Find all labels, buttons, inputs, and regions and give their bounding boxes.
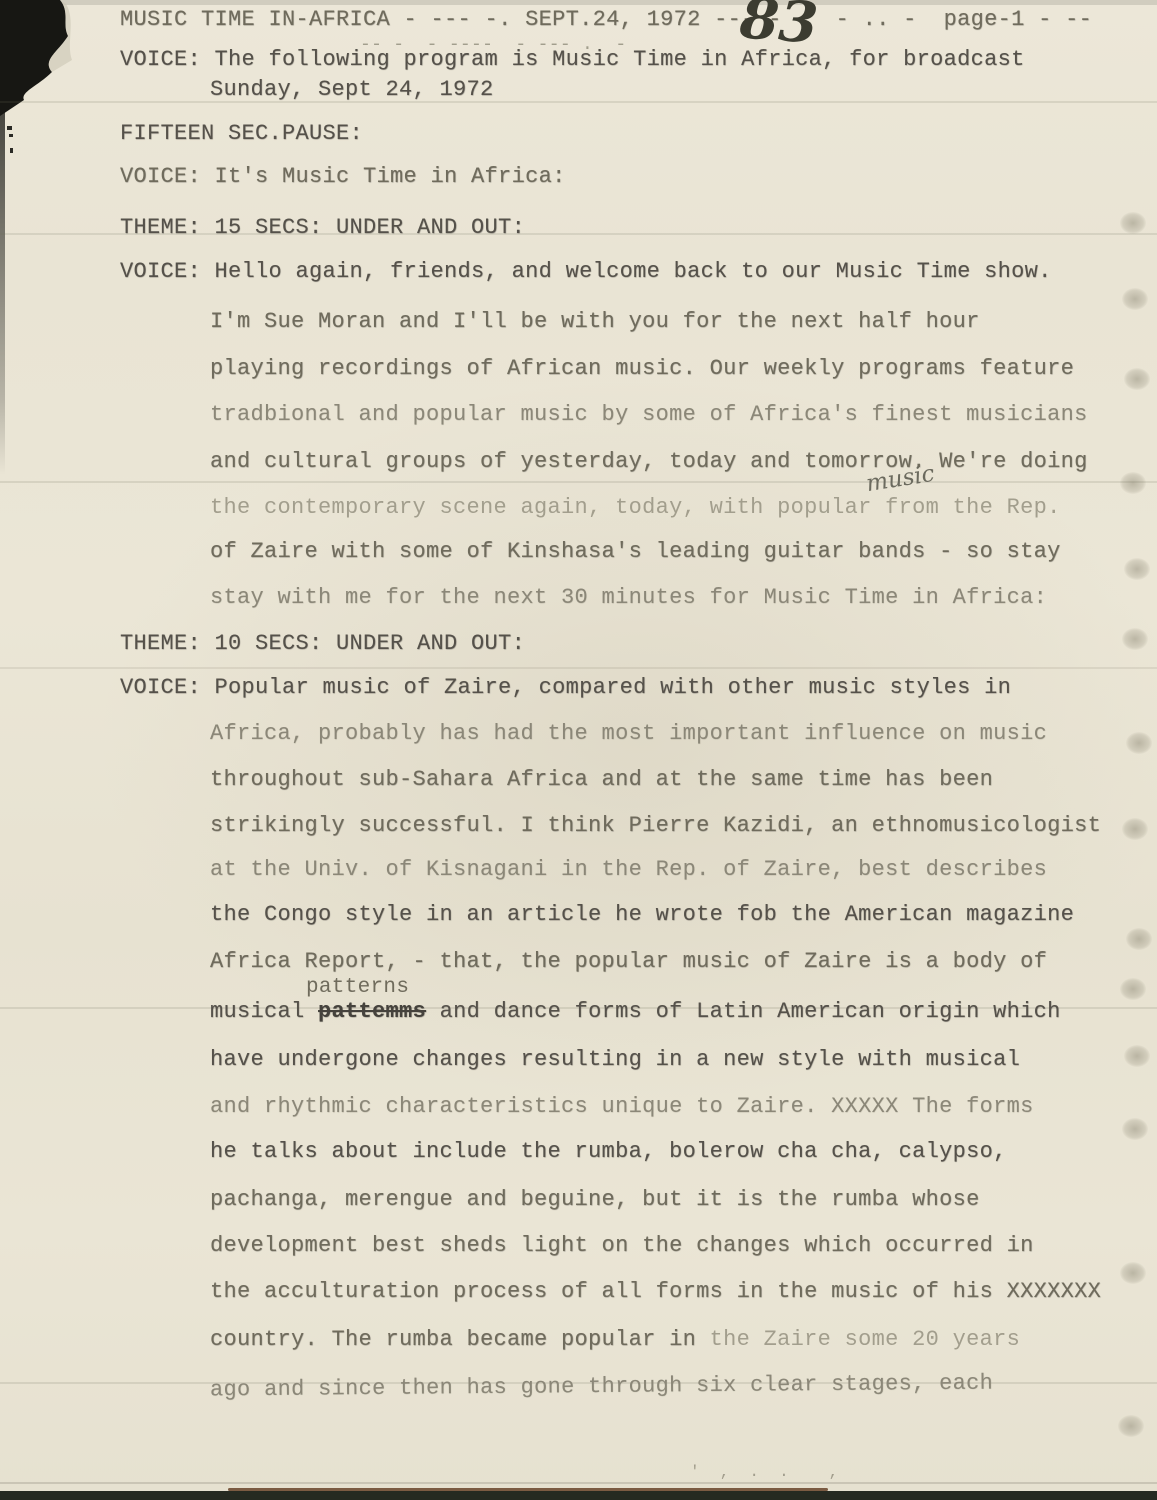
ink-smudge — [1126, 732, 1152, 754]
script-line: the acculturation process of all forms i… — [210, 1280, 1101, 1304]
script-line: of Zaire with some of Kinshasa's leading… — [210, 540, 1061, 564]
doc-date: SEPT.24, 1972 — [525, 7, 701, 32]
script-line: Africa Report, - that, the popular music… — [210, 950, 1047, 974]
scan-bottom-line — [0, 1482, 1157, 1484]
header-dashes: --- - - .. - — [701, 7, 944, 32]
ink-speck — [10, 148, 13, 153]
torn-corner — [0, 0, 120, 140]
script-line: country. The rumba became popular in the… — [210, 1328, 1020, 1352]
script-line: the Congo style in an article he wrote f… — [210, 903, 1074, 927]
line-text-faded: the Zaire some 20 years — [710, 1327, 1021, 1352]
ink-smudge — [1122, 818, 1148, 840]
theme-label: THEME: — [120, 631, 215, 656]
line-text: It's Music Time in Africa: — [215, 164, 566, 189]
script-line: musical pattemms and dance forms of Lati… — [210, 1000, 1061, 1024]
speaker-label: VOICE: — [120, 47, 215, 72]
script-line: playing recordings of African music. Our… — [210, 357, 1074, 381]
stage-direction: THEME: 15 SECS: UNDER AND OUT: — [120, 216, 525, 240]
line-text: 15 SECS: UNDER AND OUT: — [215, 215, 526, 240]
crease-line — [0, 667, 1157, 669]
header-dashes: - --- -. — [390, 7, 525, 32]
crease-line — [0, 481, 1157, 483]
ink-smudge — [1124, 368, 1150, 390]
script-line: tradbional and popular music by some of … — [210, 403, 1088, 427]
ink-smudge — [1122, 628, 1148, 650]
speaker-label: VOICE: — [120, 259, 215, 284]
scan-bottom-edge — [0, 1491, 1157, 1500]
ink-smudge — [1120, 212, 1146, 234]
line-text: Hello again, friends, and welcome back t… — [215, 259, 1052, 284]
theme-label: THEME: — [120, 215, 215, 240]
typed-insert-patterns: patterns — [306, 976, 409, 999]
script-line: stay with me for the next 30 minutes for… — [210, 586, 1047, 610]
script-line: VOICE: It's Music Time in Africa: — [120, 165, 566, 189]
doc-title: MUSIC TIME IN-AFRICA — [120, 7, 390, 32]
script-line: pachanga, merengue and beguine, but it i… — [210, 1188, 980, 1212]
line-text: musical — [210, 999, 318, 1024]
script-line: strikingly successful. I think Pierre Ka… — [210, 814, 1101, 838]
header-row: MUSIC TIME IN-AFRICA - --- -. SEPT.24, 1… — [120, 8, 1092, 32]
script-line: ago and since then has gone through six … — [210, 1372, 993, 1403]
script-line: Sunday, Sept 24, 1972 — [210, 78, 494, 102]
scan-top-edge — [0, 0, 1157, 5]
scan-noise: ' , . . , — [690, 1460, 839, 1484]
script-line: I'm Sue Moran and I'll be with you for t… — [210, 310, 980, 334]
script-line: development best sheds light on the chan… — [210, 1234, 1034, 1258]
script-line: VOICE: Popular music of Zaire, compared … — [120, 676, 1011, 700]
ink-smudge — [1120, 978, 1146, 1000]
stage-direction: THEME: 10 SECS: UNDER AND OUT: — [120, 632, 525, 656]
script-line: VOICE: Hello again, friends, and welcome… — [120, 260, 1052, 284]
line-text: The following program is Music Time in A… — [215, 47, 1025, 72]
script-line: VOICE: The following program is Music Ti… — [120, 48, 1025, 72]
page-number-label: page-1 — [944, 7, 1025, 32]
stage-direction: FIFTEEN SEC.PAUSE: — [120, 122, 363, 146]
line-text: Popular music of Zaire, compared with ot… — [215, 675, 1012, 700]
scan-left-edge — [0, 95, 5, 475]
line-text: country. The rumba became popular in — [210, 1327, 710, 1352]
script-line: throughout sub-Sahara Africa and at the … — [210, 768, 993, 792]
script-line: the contemporary scene again, today, wit… — [210, 496, 1061, 520]
script-line: at the Univ. of Kisnagani in the Rep. of… — [210, 858, 1047, 882]
ink-smudge — [1124, 1045, 1150, 1067]
scanned-page: MUSIC TIME IN-AFRICA - --- -. SEPT.24, 1… — [0, 0, 1157, 1500]
ink-speck — [7, 126, 12, 130]
ink-smudge — [1126, 928, 1152, 950]
script-line: Africa, probably has had the most import… — [210, 722, 1047, 746]
ink-smudge — [1124, 558, 1150, 580]
script-line: he talks about include the rumba, bolero… — [210, 1140, 1007, 1164]
line-text: 10 SECS: UNDER AND OUT: — [215, 631, 526, 656]
line-text: and dance forms of Latin American origin… — [426, 999, 1061, 1024]
ink-speck — [9, 134, 13, 137]
speaker-label: VOICE: — [120, 164, 215, 189]
script-line: and rhythmic characteristics unique to Z… — [210, 1095, 1034, 1119]
crease-line — [0, 101, 1157, 103]
ink-smudge — [1122, 1118, 1148, 1140]
script-line: and cultural groups of yesterday, today … — [210, 450, 1088, 474]
header-dashes: - -- — [1025, 7, 1093, 32]
ink-smudge — [1120, 472, 1146, 494]
script-line: have undergone changes resulting in a ne… — [210, 1048, 1020, 1072]
struck-word: pattemms — [318, 999, 426, 1024]
speaker-label: VOICE: — [120, 675, 215, 700]
ink-smudge — [1120, 1262, 1146, 1284]
ink-smudge — [1122, 288, 1148, 310]
ink-smudge — [1118, 1415, 1144, 1437]
